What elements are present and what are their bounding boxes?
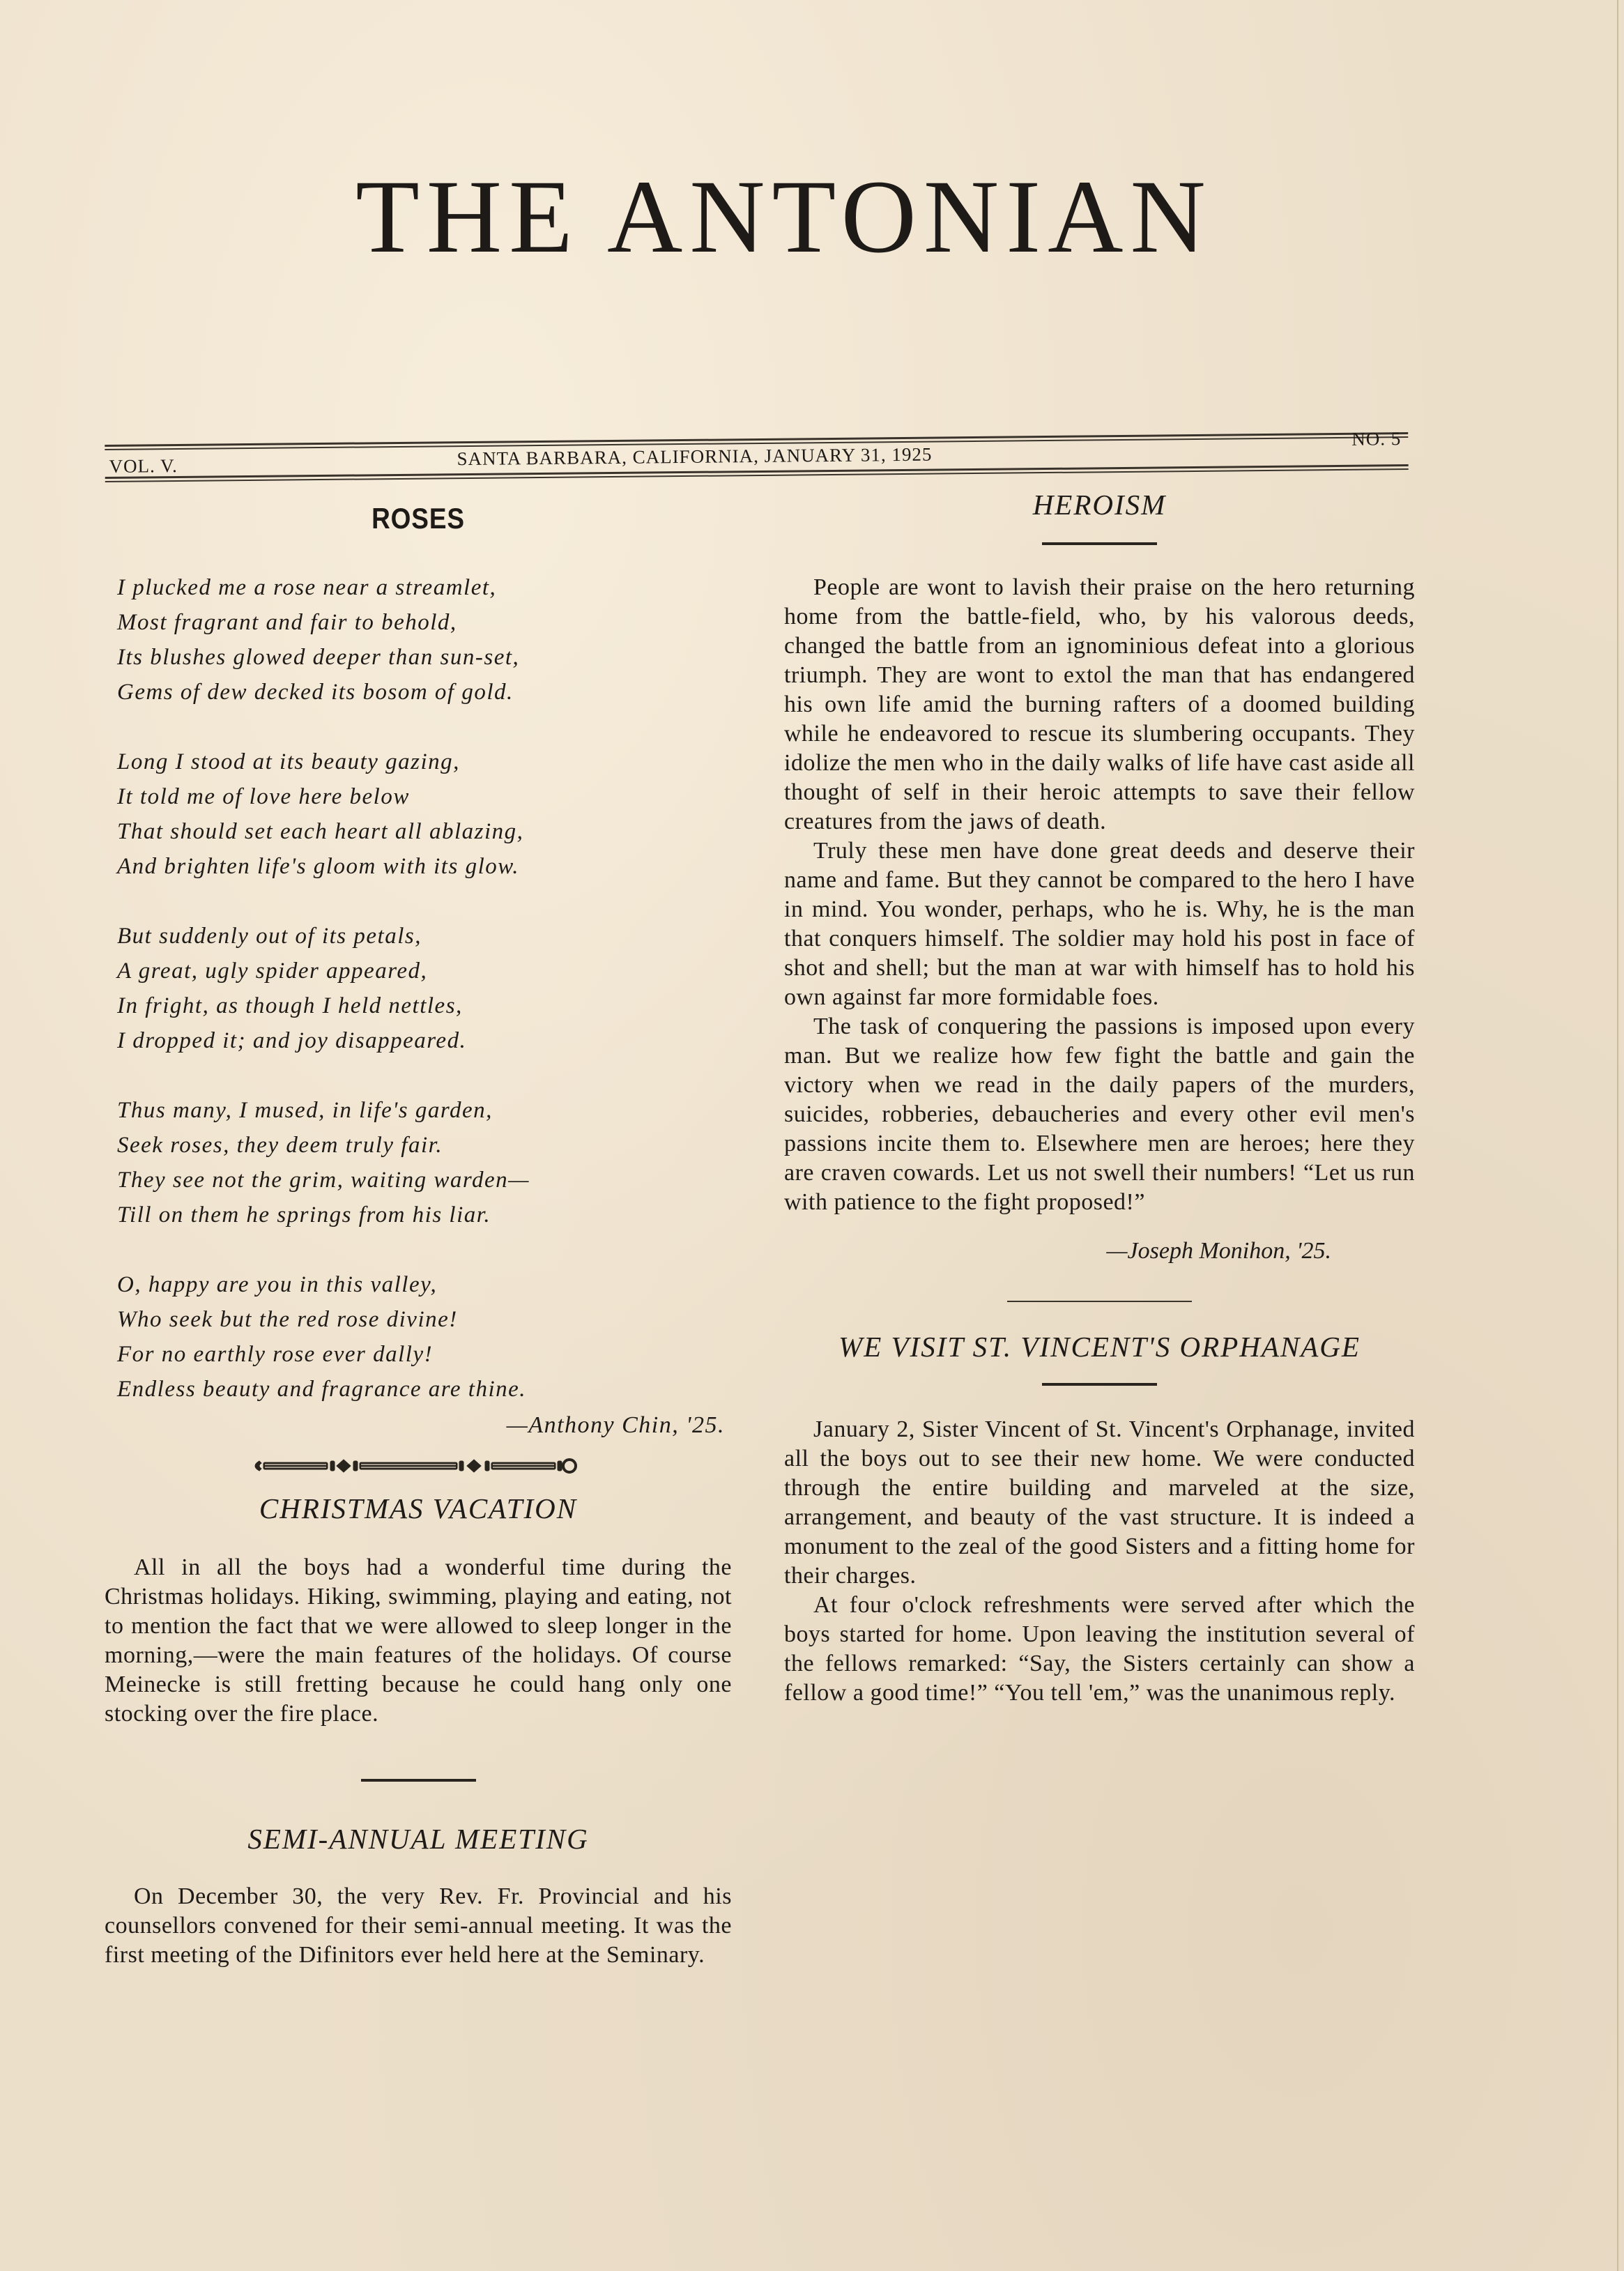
poem-line: Who seek but the red rose divine! [117,1302,732,1337]
poem-line: Long I stood at its beauty gazing, [117,744,732,779]
section-divider [361,1779,476,1782]
poem-line: It told me of love here below [117,779,732,814]
place-date: SANTA BARBARA, CALIFORNIA, JANUARY 31, 1… [457,444,932,471]
article-title: HEROISM [784,488,1415,521]
poem-stanza: I plucked me a rose near a streamlet, Mo… [117,570,732,710]
poem-line: A great, ugly spider appeared, [117,954,732,988]
poem-line: And brighten life's gloom with its glow. [117,849,732,884]
article-body: On December 30, the very Rev. Fr. Provin… [105,1882,732,1970]
page-edge [1617,0,1618,2271]
paragraph: The task of conquering the passions is i… [784,1012,1415,1217]
article-title: ROSES [142,502,694,535]
byline: —Anthony Chin, '25. [105,1408,732,1443]
poem-line: That should set each heart all ablazing, [117,814,732,849]
paragraph: People are wont to lavish their praise o… [784,573,1415,836]
poem-line: Its blushes glowed deeper than sun-set, [117,640,732,675]
section-divider [1007,1301,1192,1302]
paragraph: At four o'clock refreshments were served… [784,1591,1415,1708]
article-heroism: HEROISM People are wont to lavish their … [784,488,1415,1264]
poem-stanza: But suddenly out of its petals, A great,… [117,919,732,1058]
poem-body: I plucked me a rose near a streamlet, Mo… [105,570,732,1443]
newspaper-title: THE ANTONIAN [0,157,1596,277]
title-underline [1042,542,1157,545]
ornamental-divider-icon [244,1455,592,1476]
poem-line: Gems of dew decked its bosom of gold. [117,675,732,710]
article-semi-annual-meeting: SEMI-ANNUAL MEETING On December 30, the … [105,1779,732,1970]
paragraph: All in all the boys had a wonderful time… [105,1553,732,1729]
article-title: WE VISIT ST. VINCENT'S ORPHANAGE [784,1330,1415,1363]
right-column: HEROISM People are wont to lavish their … [784,481,1415,1708]
article-title: SEMI-ANNUAL MEETING [105,1822,732,1856]
article-body: People are wont to lavish their praise o… [784,573,1415,1217]
article-roses: ROSES I plucked me a rose near a streaml… [105,502,732,1443]
paragraph: On December 30, the very Rev. Fr. Provin… [105,1882,732,1970]
volume-label: VOL. V. [109,455,178,477]
byline: —Joseph Monihon, '25. [784,1238,1331,1264]
poem-line: But suddenly out of its petals, [117,919,732,954]
article-st-vincents-orphanage: WE VISIT ST. VINCENT'S ORPHANAGE January… [784,1301,1415,1708]
left-column: ROSES I plucked me a rose near a streaml… [105,488,732,1970]
paragraph: January 2, Sister Vincent of St. Vincent… [784,1415,1415,1591]
poem-line: Endless beauty and fragrance are thine. [117,1372,732,1407]
paragraph: Truly these men have done great deeds an… [784,836,1415,1012]
title-underline [1042,1383,1157,1386]
poem-line: Thus many, I mused, in life's garden, [117,1093,732,1128]
poem-line: Most fragrant and fair to behold, [117,605,732,640]
issue-number: NO. 5 [1351,428,1401,450]
article-title: CHRISTMAS VACATION [105,1492,732,1525]
article-christmas-vacation: CHRISTMAS VACATION All in all the boys h… [105,1455,732,1729]
poem-stanza: Thus many, I mused, in life's garden, Se… [117,1093,732,1232]
poem-line: For no earthly rose ever dally! [117,1337,732,1372]
poem-line: O, happy are you in this valley, [117,1267,732,1302]
dateline-bar: VOL. V. SANTA BARBARA, CALIFORNIA, JANUA… [105,413,1409,481]
poem-line: In fright, as though I held nettles, [117,988,732,1023]
article-body: January 2, Sister Vincent of St. Vincent… [784,1415,1415,1708]
poem-line: I dropped it; and joy disappeared. [117,1023,732,1058]
poem-line: Seek roses, they deem truly fair. [117,1128,732,1163]
article-body: All in all the boys had a wonderful time… [105,1553,732,1729]
masthead: THE ANTONIAN [0,157,1624,277]
poem-line: I plucked me a rose near a streamlet, [117,570,732,605]
poem-stanza: O, happy are you in this valley, Who see… [117,1267,732,1407]
poem-stanza: Long I stood at its beauty gazing, It to… [117,744,732,884]
poem-line: They see not the grim, waiting warden— [117,1163,732,1198]
poem-line: Till on them he springs from his liar. [117,1198,732,1232]
